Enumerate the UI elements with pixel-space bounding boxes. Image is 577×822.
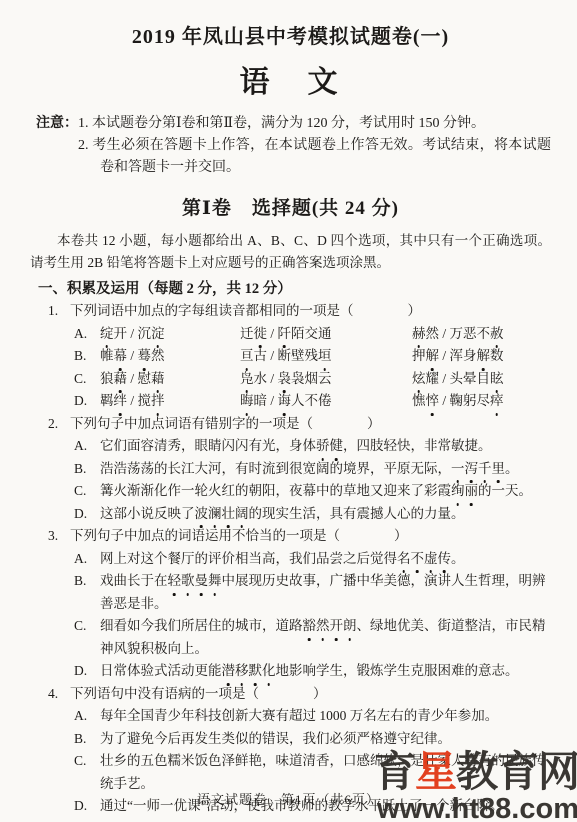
- option-cell: 亘古 / 断壁残垣: [240, 345, 412, 368]
- notice-block: 注意： 1. 本试题卷分第Ⅰ卷和第Ⅱ卷，满分为 120 分，考试用时 150 分…: [36, 113, 551, 179]
- option-a: A.网上对这个餐厅的评价相当高，我们品尝之后觉得名不虚传。: [74, 548, 551, 571]
- option-cell: 绽开 / 沉淀: [100, 323, 240, 346]
- option-label: A.: [74, 705, 87, 728]
- option-row-c: C. 狼藉 / 慰藉 凫水 / 袅袅烟云 炫耀 / 头晕目眩: [74, 368, 551, 391]
- notice-items: 1. 本试题卷分第Ⅰ卷和第Ⅱ卷，满分为 120 分，考试用时 150 分钟。 2…: [78, 113, 551, 179]
- option-label: A.: [74, 548, 87, 571]
- question-1-options: A. 绽开 / 沉淀 迁徙 / 阡陌交通 赫然 / 万恶不赦 B. 帷幕 / 蓦…: [74, 323, 551, 413]
- option-c: C.细看如今我们所居住的城市，道路豁然开朗、绿地优美、街道整洁，市民精神风貌积极…: [74, 615, 551, 660]
- option-a: A.每年全国青少年科技创新大赛有超过 1000 万名左右的青少年参加。: [74, 705, 551, 728]
- option-cell: 炫耀 / 头晕目眩: [412, 368, 551, 391]
- option-b: B.为了避免今后再发生类似的错误，我们必须严格遵守纪律。: [74, 728, 551, 751]
- option-b: B.浩浩荡荡的长江大河，有时流到很宽阔的境界，平原无际，一泻千里。: [74, 458, 551, 481]
- option-text: 日常体验式活动更能潜移默化地影响学生，锻炼学生克服困难的意志。: [100, 663, 519, 678]
- watermark-chars: 教育网: [456, 748, 577, 795]
- notice-label: 注意：: [36, 113, 78, 179]
- option-cell: 押解 / 浑身解数: [412, 345, 551, 368]
- option-label: C.: [74, 750, 86, 773]
- option-cell: 凫水 / 袅袅烟云: [240, 368, 412, 391]
- option-text: 细看如今我们所居住的城市，道路豁然开朗、绿地优美、街道整洁，市民精神风貌积极向上…: [100, 618, 546, 656]
- option-label: C.: [74, 615, 86, 638]
- option-label: A.: [74, 435, 87, 458]
- question-2: 2. 下列句子中加点词语有错别字的一项是（ ） A.它们面容清秀，眼睛闪闪有光，…: [48, 413, 551, 526]
- option-text: 这部小说反映了波澜壮阔的现实生活，具有震撼人心的力量。: [100, 506, 465, 521]
- option-cell: 赫然 / 万恶不赦: [412, 323, 551, 346]
- question-2-options: A.它们面容清秀，眼睛闪闪有光，身体骄健，四肢轻快，非常敏捷。 B.浩浩荡荡的长…: [74, 435, 551, 525]
- option-row-a: A. 绽开 / 沉淀 迁徙 / 阡陌交通 赫然 / 万恶不赦: [74, 323, 551, 346]
- question-number: 1.: [48, 300, 58, 323]
- question-stem-text: 下列句子中加点词语有错别字的一项是（ ）: [70, 416, 381, 431]
- question-1: 1. 下列词语中加点的字每组读音都相同的一项是（ ） A. 绽开 / 沉淀 迁徙…: [48, 300, 551, 413]
- option-cell: 羁绊 / 搅拌: [100, 390, 240, 413]
- option-cell: 憔悴 / 鞠躬尽瘁: [412, 390, 551, 413]
- question-4-stem: 4. 下列语句中没有语病的一项是（ ）: [48, 683, 551, 706]
- option-text: 戏曲长于在轻歌曼舞中展现历史故事，广播中华美德，演讲人生哲理，明辨善恶是非。: [100, 573, 546, 611]
- watermark-site-name: 育星教育网: [374, 751, 577, 793]
- question-3-options: A.网上对这个餐厅的评价相当高，我们品尝之后觉得名不虚传。 B.戏曲长于在轻歌曼…: [74, 548, 551, 683]
- subject-title: 语 文: [30, 57, 551, 101]
- option-label: D.: [74, 660, 87, 683]
- question-stem-text: 下列词语中加点的字每组读音都相同的一项是（ ）: [70, 303, 421, 318]
- option-d: D.这部小说反映了波澜壮阔的现实生活，具有震撼人心的力量。: [74, 503, 551, 526]
- option-label: C.: [74, 480, 86, 503]
- question-number: 3.: [48, 525, 58, 548]
- option-b: B.戏曲长于在轻歌曼舞中展现历史故事，广播中华美德，演讲人生哲理，明辨善恶是非。: [74, 570, 551, 615]
- part-heading: 一、积累及运用（每题 2 分，共 12 分）: [38, 277, 551, 298]
- option-row-d: D. 羁绊 / 搅拌 晦暗 / 诲人不倦 憔悴 / 鞠躬尽瘁: [74, 390, 551, 413]
- question-number: 2.: [48, 413, 58, 436]
- option-cell: 晦暗 / 诲人不倦: [240, 390, 412, 413]
- option-label: A.: [74, 323, 100, 346]
- option-d: D.日常体验式活动更能潜移默化地影响学生，锻炼学生克服困难的意志。: [74, 660, 551, 683]
- option-c: C.篝火渐渐化作一轮火红的朝阳，夜幕中的草地又迎来了彩霞绚丽的一天。: [74, 480, 551, 503]
- question-stem-text: 下列语句中没有语病的一项是（ ）: [70, 686, 327, 701]
- option-text: 它们面容清秀，眼睛闪闪有光，身体骄健，四肢轻快，非常敏捷。: [100, 438, 492, 453]
- question-3: 3. 下列句子中加点的词语运用不恰当的一项是（ ） A.网上对这个餐厅的评价相当…: [48, 525, 551, 683]
- section-heading: 第Ⅰ卷 选择题(共 24 分): [30, 193, 551, 220]
- notice-item-2: 2. 考生必须在答题卡上作答，在本试题卷上作答无效。考试结束，将本试题卷和答题卡…: [78, 135, 551, 179]
- question-3-stem: 3. 下列句子中加点的词语运用不恰当的一项是（ ）: [48, 525, 551, 548]
- option-a: A.它们面容清秀，眼睛闪闪有光，身体骄健，四肢轻快，非常敏捷。: [74, 435, 551, 458]
- option-cell: 迁徙 / 阡陌交通: [240, 323, 412, 346]
- option-label: B.: [74, 458, 86, 481]
- exam-title: 2019 年凤山县中考模拟试题卷(一): [30, 20, 551, 49]
- question-1-stem: 1. 下列词语中加点的字每组读音都相同的一项是（ ）: [48, 300, 551, 323]
- watermark-char-red: 星: [415, 748, 456, 795]
- option-label: B.: [74, 728, 86, 751]
- watermark-char: 育: [374, 748, 415, 795]
- notice-item-1: 1. 本试题卷分第Ⅰ卷和第Ⅱ卷，满分为 120 分，考试用时 150 分钟。: [78, 113, 551, 135]
- option-row-b: B. 帷幕 / 蓦然 亘古 / 断壁残垣 押解 / 浑身解数: [74, 345, 551, 368]
- option-label: D.: [74, 503, 87, 526]
- question-number: 4.: [48, 683, 58, 706]
- option-text: 篝火渐渐化作一轮火红的朝阳，夜幕中的草地又迎来了彩霞绚丽的一天。: [100, 483, 532, 498]
- option-label: D.: [74, 390, 100, 413]
- option-text: 网上对这个餐厅的评价相当高，我们品尝之后觉得名不虚传。: [100, 551, 465, 566]
- question-stem-text: 下列句子中加点的词语运用不恰当的一项是（ ）: [70, 528, 408, 543]
- question-2-stem: 2. 下列句子中加点词语有错别字的一项是（ ）: [48, 413, 551, 436]
- watermark-url: www.ht88.com: [374, 795, 577, 822]
- option-label: B.: [74, 345, 100, 368]
- option-cell: 狼藉 / 慰藉: [100, 368, 240, 391]
- option-cell: 帷幕 / 蓦然: [100, 345, 240, 368]
- option-text: 浩浩荡荡的长江大河，有时流到很宽阔的境界，平原无际，一泻千里。: [100, 461, 519, 476]
- section-intro: 本卷共 12 小题，每小题都给出 A、B、C、D 四个选项，其中只有一个正确选项…: [30, 230, 551, 273]
- option-label: C.: [74, 368, 100, 391]
- option-text: 每年全国青少年科技创新大赛有超过 1000 万名左右的青少年参加。: [100, 708, 498, 723]
- exam-paper-page: 2019 年凤山县中考模拟试题卷(一) 语 文 注意： 1. 本试题卷分第Ⅰ卷和…: [0, 0, 577, 822]
- watermark-logo: 育星教育网 www.ht88.com: [374, 751, 577, 822]
- option-text: 为了避免今后再发生类似的错误，我们必须严格遵守纪律。: [100, 731, 451, 746]
- option-label: B.: [74, 570, 86, 593]
